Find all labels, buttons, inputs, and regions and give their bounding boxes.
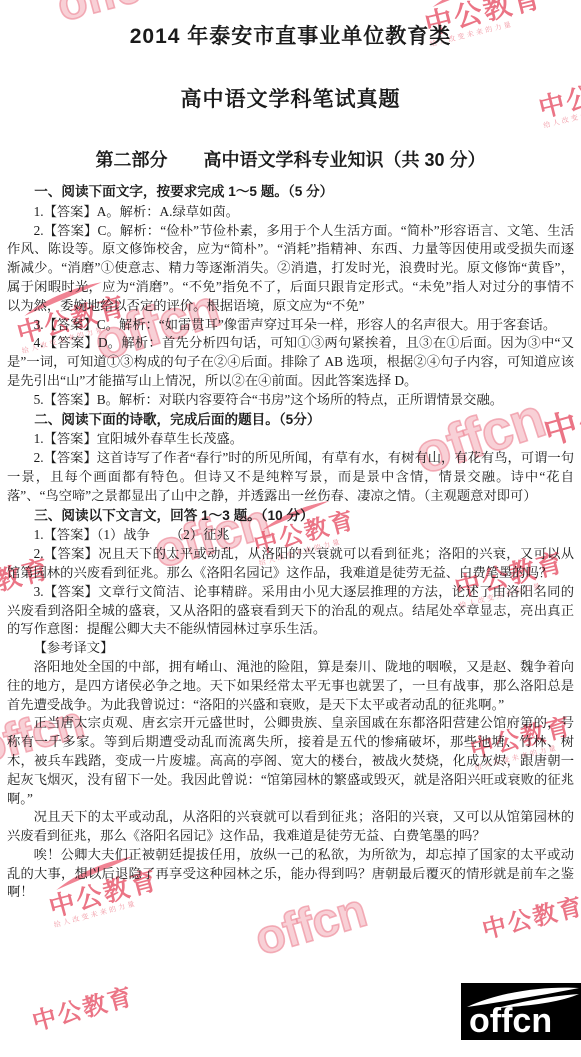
translation-paragraph: 况且天下的太平或动乱，从洛阳的兴衰就可以看到征兆；洛阳的兴衰，又可以从馆第园林的…	[7, 808, 574, 846]
answer-paragraph: 1.【答案】（1）战争 （2）征兆	[7, 526, 574, 545]
watermark-brand-cn: 中公教育	[30, 985, 137, 1035]
answer-paragraph: 2.【答案】C。解析：“俭朴”节俭朴素，多用于个人生活方面。“简朴”形容语言、文…	[7, 222, 574, 316]
section-3-heading: 三、阅读以下文言文，回答 1～3 题。（10 分）	[7, 507, 574, 526]
section-1-heading: 一、阅读下面文字，按要求完成 1～5 题。（5 分）	[7, 183, 574, 202]
answer-paragraph: 1.【答案】宜阳城外春草生长茂盛。	[7, 430, 574, 449]
answer-paragraph: 3.【答案】C。解析：“如雷贯耳”像雷声穿过耳朵一样，形容人的名声很大。用于客套…	[7, 316, 574, 335]
answer-paragraph: 3.【答案】文章行文简洁、论事精辟。采用由小见大逐层推理的方法，论述了由洛阳名同…	[7, 583, 574, 639]
section-2-heading: 二、阅读下面的诗歌，完成后面的题目。（5分）	[7, 411, 574, 430]
section-3: 三、阅读以下文言文，回答 1～3 题。（10 分） 1.【答案】（1）战争 （2…	[7, 507, 574, 903]
translation-paragraph: 唉！公卿大夫们正被朝廷提拔任用，放纵一己的私欲，为所欲为，却忘掉了国家的太平或动…	[7, 846, 574, 902]
section-1: 一、阅读下面文字，按要求完成 1～5 题。（5 分） 1.【答案】A。解析：A.…	[7, 183, 574, 410]
offcn-logo-text: offcn	[469, 1004, 552, 1038]
answer-paragraph: 5.【答案】B。解析：对联内容要符合“书房”这个场所的特点，正所谓情景交融。	[7, 391, 574, 410]
answer-paragraph: 4.【答案】D。解析：首先分析四句话，可知①③两句紧挨着，且③在①后面。因为③中…	[7, 334, 574, 390]
document-title-line2: 高中语文学科笔试真题	[7, 83, 574, 113]
answer-paragraph: 2.【答案】况且天下的太平或动乱，从洛阳的兴衰就可以看到征兆；洛阳的兴衰，又可以…	[7, 545, 574, 583]
offcn-logo: offcn	[461, 983, 581, 1040]
document-page: 2014 年泰安市直事业单位教育类 高中语文学科笔试真题 第二部分 高中语文学科…	[0, 20, 581, 902]
section-2: 二、阅读下面的诗歌，完成后面的题目。（5分） 1.【答案】宜阳城外春草生长茂盛。…	[7, 411, 574, 506]
watermark-offcn: offcn	[296, 0, 405, 3]
reference-translation-heading: 【参考译文】	[7, 639, 574, 658]
translation-paragraph: 正当唐太宗贞观、唐玄宗开元盛世时，公卿贵族、皇亲国戚在东都洛阳营建公馆府第的，号…	[7, 714, 574, 808]
watermark-zhonggong: 中公教育	[30, 985, 137, 1035]
watermark-offcn-text: offcn	[295, 0, 405, 5]
translation-paragraph: 洛阳地处全国的中部，拥有崤山、渑池的险阻，算是秦川、陇地的咽喉，又是赵、魏争着向…	[7, 658, 574, 714]
document-title-line1: 2014 年泰安市直事业单位教育类	[7, 20, 574, 50]
watermark-swoosh-icon	[426, 0, 523, 10]
answer-paragraph: 2.【答案】这首诗写了作者“春行”时的所见所闻，有草有水，有树有山，有花有鸟，可…	[7, 449, 574, 505]
answer-paragraph: 1.【答案】A。解析：A.绿草如茵。	[7, 203, 574, 222]
part-heading: 第二部分 高中语文学科专业知识（共 30 分）	[7, 146, 574, 172]
